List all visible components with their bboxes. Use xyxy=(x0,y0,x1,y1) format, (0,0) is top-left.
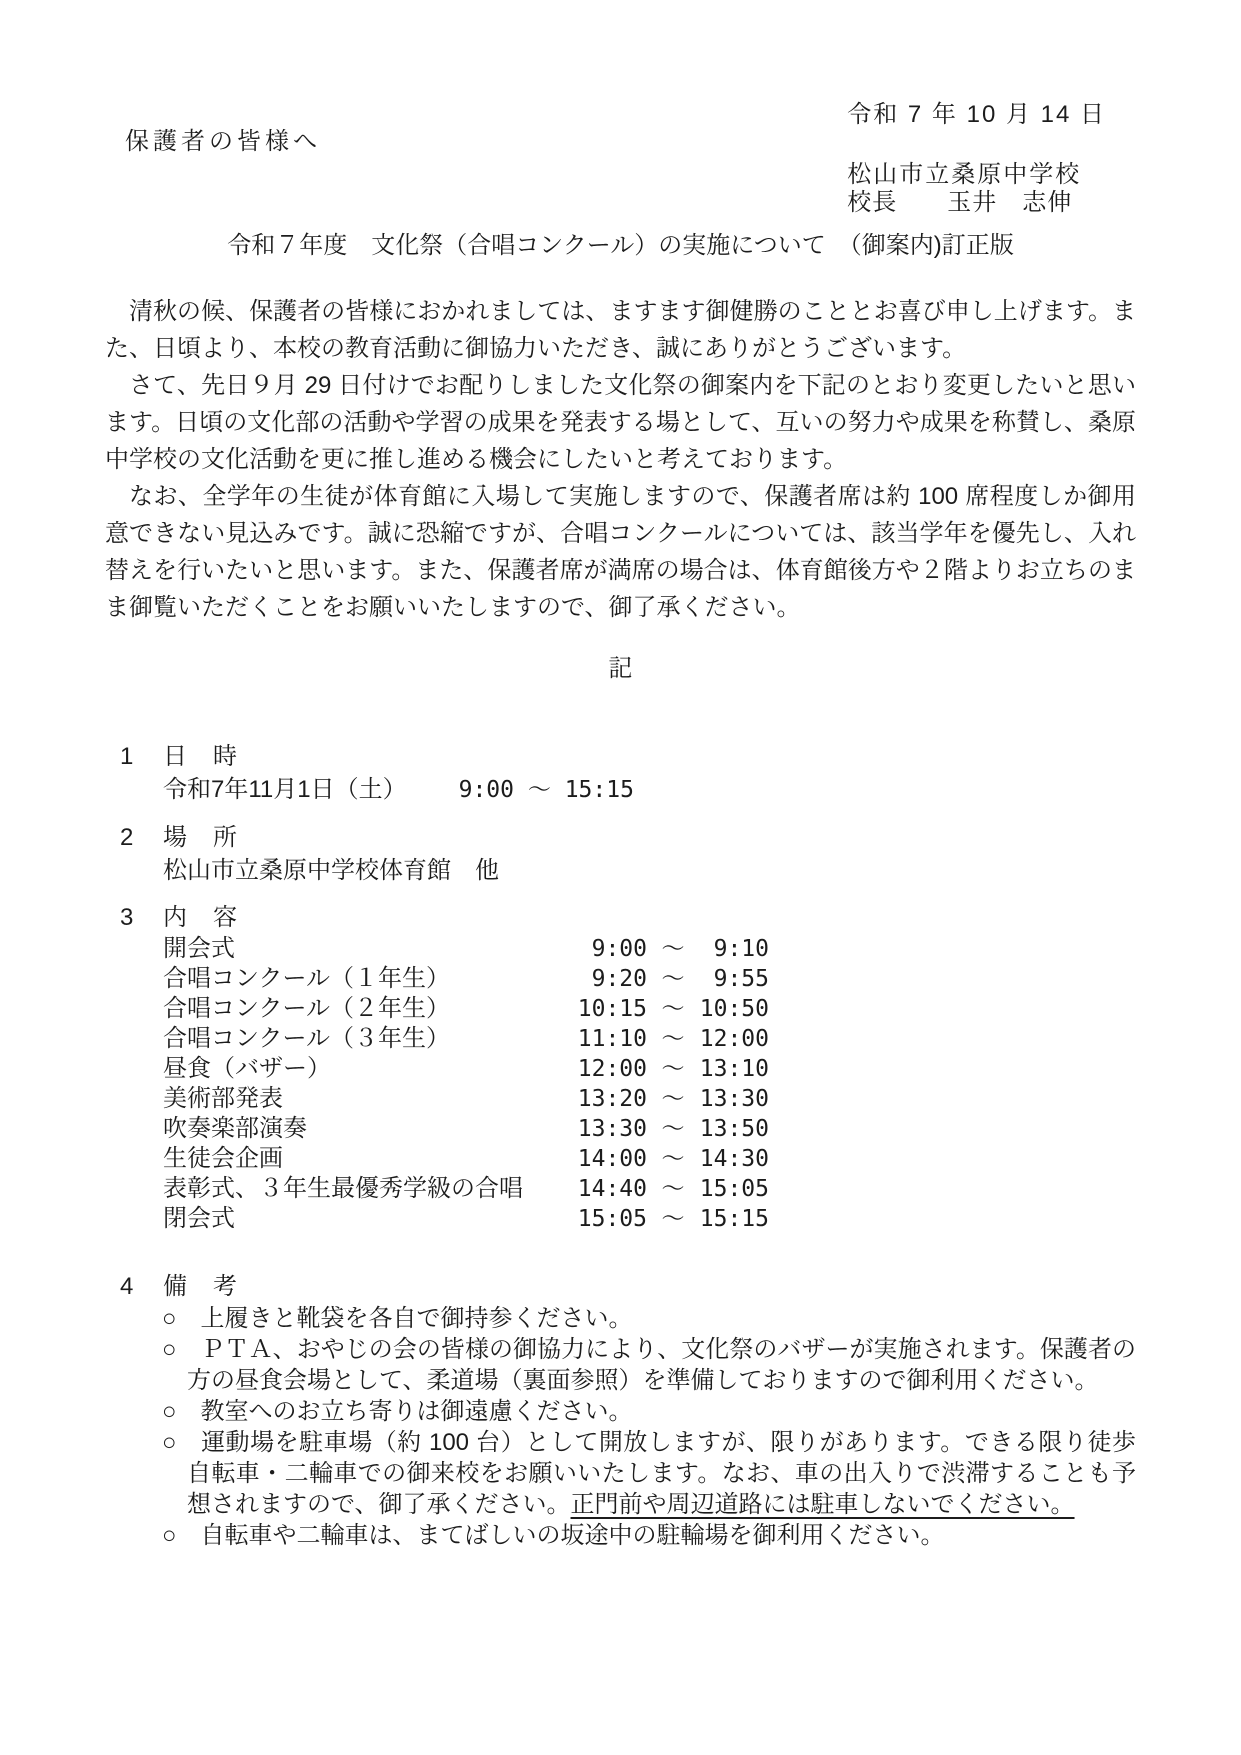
header-right-block: 令和 7 年 10 月 14 日 松山市立桑原中学校 校長 玉井 志伸 xyxy=(847,103,1106,215)
circle-bullet: ○ xyxy=(162,1522,177,1549)
program-item-start: 9:00 xyxy=(577,934,647,964)
time-separator: ～ xyxy=(647,1204,699,1234)
program-row: 合唱コンクール（２年生） 10:15 ～ 10:50 xyxy=(163,994,1136,1024)
program-item-end: 15:05 xyxy=(699,1174,769,1204)
paragraph-change-notice: さて、先日９月 29 日付けでお配りしました文化祭の御案内を下記のとおり変更した… xyxy=(105,367,1136,478)
section-program: 3内 容 開会式 9:00 ～ 9:10 合唱コンクール（１年生） 9:20 ～… xyxy=(105,901,1136,1234)
document-date: 令和 7 年 10 月 14 日 xyxy=(847,103,1106,127)
program-item-start: 14:00 xyxy=(577,1144,647,1174)
section-heading-label: 備 考 xyxy=(163,1273,238,1300)
program-item-start: 10:15 xyxy=(577,994,647,1024)
program-item-end: 9:10 xyxy=(699,934,769,964)
program-item-start: 14:40 xyxy=(577,1174,647,1204)
program-item-name: 美術部発表 xyxy=(163,1084,577,1114)
program-item-end: 10:50 xyxy=(699,994,769,1024)
program-row: 昼食（バザー） 12:00 ～ 13:10 xyxy=(163,1054,1136,1084)
recipient-line: 保護者の皆様へ xyxy=(125,130,321,154)
circle-bullet: ○ xyxy=(162,1429,177,1456)
program-row: 表彰式、３年生最優秀学級の合唱 14:40 ～ 15:05 xyxy=(163,1174,1136,1204)
section-remarks: 4備 考 ○上履きと靴袋を各自で御持参ください。 ○ＰＴＡ、おやじの会の皆様の御… xyxy=(105,1270,1136,1551)
time-separator: ～ xyxy=(647,1114,699,1144)
program-item-start: 11:10 xyxy=(577,1024,647,1054)
program-item-start: 9:20 xyxy=(577,964,647,994)
section-heading-label: 内 容 xyxy=(163,904,238,931)
program-item-end: 15:15 xyxy=(699,1204,769,1234)
remark-item: ○自転車や二輪車は、まてばしいの坂途中の駐輪場を御利用ください。 xyxy=(162,1520,1136,1551)
program-item-name: 開会式 xyxy=(163,934,577,964)
program-row: 開会式 9:00 ～ 9:10 xyxy=(163,934,1136,964)
circle-bullet: ○ xyxy=(162,1398,177,1425)
program-row: 合唱コンクール（１年生） 9:20 ～ 9:55 xyxy=(163,964,1136,994)
program-item-end: 12:00 xyxy=(699,1024,769,1054)
program-item-end: 13:50 xyxy=(699,1114,769,1144)
program-item-end: 13:30 xyxy=(699,1084,769,1114)
remark-text: 上履きと靴袋を各自で御持参ください。 xyxy=(201,1305,633,1332)
section-remarks-heading: 4備 考 xyxy=(105,1270,1136,1303)
time-separator: ～ xyxy=(647,1024,699,1054)
program-item-start: 15:05 xyxy=(577,1204,647,1234)
program-item-name: 閉会式 xyxy=(163,1204,577,1234)
section-place: 2場 所 松山市立桑原中学校体育館 他 xyxy=(105,821,1136,887)
program-row: 生徒会企画 14:00 ～ 14:30 xyxy=(163,1144,1136,1174)
program-item-start: 12:00 xyxy=(577,1054,647,1084)
remark-text: 教室へのお立ち寄りは御遠慮ください。 xyxy=(201,1398,633,1425)
program-item-start: 13:30 xyxy=(577,1114,647,1144)
remark-item: ○運動場を駐車場（約 100 台）として開放しますが、限りがあります。できる限り… xyxy=(162,1427,1136,1520)
paragraph-seating-notice: なお、全学年の生徒が体育館に入場して実施しますので、保護者席は約 100 席程度… xyxy=(105,478,1136,626)
program-row: 合唱コンクール（３年生） 11:10 ～ 12:00 xyxy=(163,1024,1136,1054)
section-heading-label: 場 所 xyxy=(163,824,238,851)
program-item-name: 合唱コンクール（２年生） xyxy=(163,994,577,1024)
program-row: 吹奏楽部演奏 13:30 ～ 13:50 xyxy=(163,1114,1136,1144)
program-item-start: 13:20 xyxy=(577,1084,647,1114)
time-separator: ～ xyxy=(647,1054,699,1084)
time-separator: ～ xyxy=(647,1174,699,1204)
document-header: 保護者の皆様へ 令和 7 年 10 月 14 日 松山市立桑原中学校 校長 玉井… xyxy=(105,103,1136,215)
circle-bullet: ○ xyxy=(162,1336,177,1363)
principal-name: 校長 玉井 志伸 xyxy=(847,191,1106,215)
event-date: 令和7年11月1日（土） xyxy=(163,776,407,803)
document-title: 令和７年度 文化祭（合唱コンクール）の実施について （御案内)訂正版 xyxy=(105,231,1136,261)
remark-item: ○上履きと靴袋を各自で御持参ください。 xyxy=(162,1303,1136,1334)
program-item-name: 表彰式、３年生最優秀学級の合唱 xyxy=(163,1174,577,1204)
program-row: 閉会式 15:05 ～ 15:15 xyxy=(163,1204,1136,1234)
document-page: 保護者の皆様へ 令和 7 年 10 月 14 日 松山市立桑原中学校 校長 玉井… xyxy=(0,0,1241,1755)
event-time-range: 9:00 ～ 15:15 xyxy=(459,777,634,803)
program-item-end: 13:10 xyxy=(699,1054,769,1084)
time-separator: ～ xyxy=(647,994,699,1024)
program-item-name: 合唱コンクール（１年生） xyxy=(163,964,577,994)
program-item-name: 吹奏楽部演奏 xyxy=(163,1114,577,1144)
paragraph-greeting: 清秋の候、保護者の皆様におかれましては、ますます御健勝のこととお喜び申し上げます… xyxy=(105,293,1136,367)
remark-text-underlined: 正門前や周辺道路には駐車しないでください。 xyxy=(571,1491,1075,1518)
program-item-end: 14:30 xyxy=(699,1144,769,1174)
remark-item: ○教室へのお立ち寄りは御遠慮ください。 xyxy=(162,1396,1136,1427)
program-item-name: 昼食（バザー） xyxy=(163,1054,577,1084)
time-separator: ～ xyxy=(647,934,699,964)
program-row: 美術部発表 13:20 ～ 13:30 xyxy=(163,1084,1136,1114)
body-text: 清秋の候、保護者の皆様におかれましては、ますます御健勝のこととお喜び申し上げます… xyxy=(105,293,1136,626)
remark-item: ○ＰＴＡ、おやじの会の皆様の御協力により、文化祭のバザーが実施されます。保護者の… xyxy=(162,1334,1136,1396)
time-separator: ～ xyxy=(647,964,699,994)
section-datetime-body: 令和7年11月1日（土）9:00 ～ 15:15 xyxy=(163,773,1136,807)
section-datetime: 1日 時 令和7年11月1日（土）9:00 ～ 15:15 xyxy=(105,740,1136,807)
remarks-list: ○上履きと靴袋を各自で御持参ください。 ○ＰＴＡ、おやじの会の皆様の御協力により… xyxy=(162,1303,1136,1551)
section-number: 2 xyxy=(120,821,163,854)
time-separator: ～ xyxy=(647,1084,699,1114)
time-separator: ～ xyxy=(647,1144,699,1174)
section-number: 1 xyxy=(120,740,163,773)
section-number: 3 xyxy=(120,901,163,934)
school-name: 松山市立桑原中学校 xyxy=(847,163,1106,187)
section-number: 4 xyxy=(120,1270,163,1303)
program-item-name: 合唱コンクール（３年生） xyxy=(163,1024,577,1054)
remark-text: 自転車や二輪車は、まてばしいの坂途中の駐輪場を御利用ください。 xyxy=(201,1522,945,1549)
section-datetime-heading: 1日 時 xyxy=(105,740,1136,773)
section-heading-label: 日 時 xyxy=(163,743,238,770)
program-schedule: 開会式 9:00 ～ 9:10 合唱コンクール（１年生） 9:20 ～ 9:55… xyxy=(163,934,1136,1234)
program-item-name: 生徒会企画 xyxy=(163,1144,577,1174)
circle-bullet: ○ xyxy=(162,1305,177,1332)
event-place: 松山市立桑原中学校体育館 他 xyxy=(163,854,1136,887)
program-item-end: 9:55 xyxy=(699,964,769,994)
section-program-heading: 3内 容 xyxy=(105,901,1136,934)
remark-text: ＰＴＡ、おやじの会の皆様の御協力により、文化祭のバザーが実施されます。保護者の方… xyxy=(187,1336,1136,1394)
section-place-heading: 2場 所 xyxy=(105,821,1136,854)
record-marker: 記 xyxy=(105,654,1136,684)
